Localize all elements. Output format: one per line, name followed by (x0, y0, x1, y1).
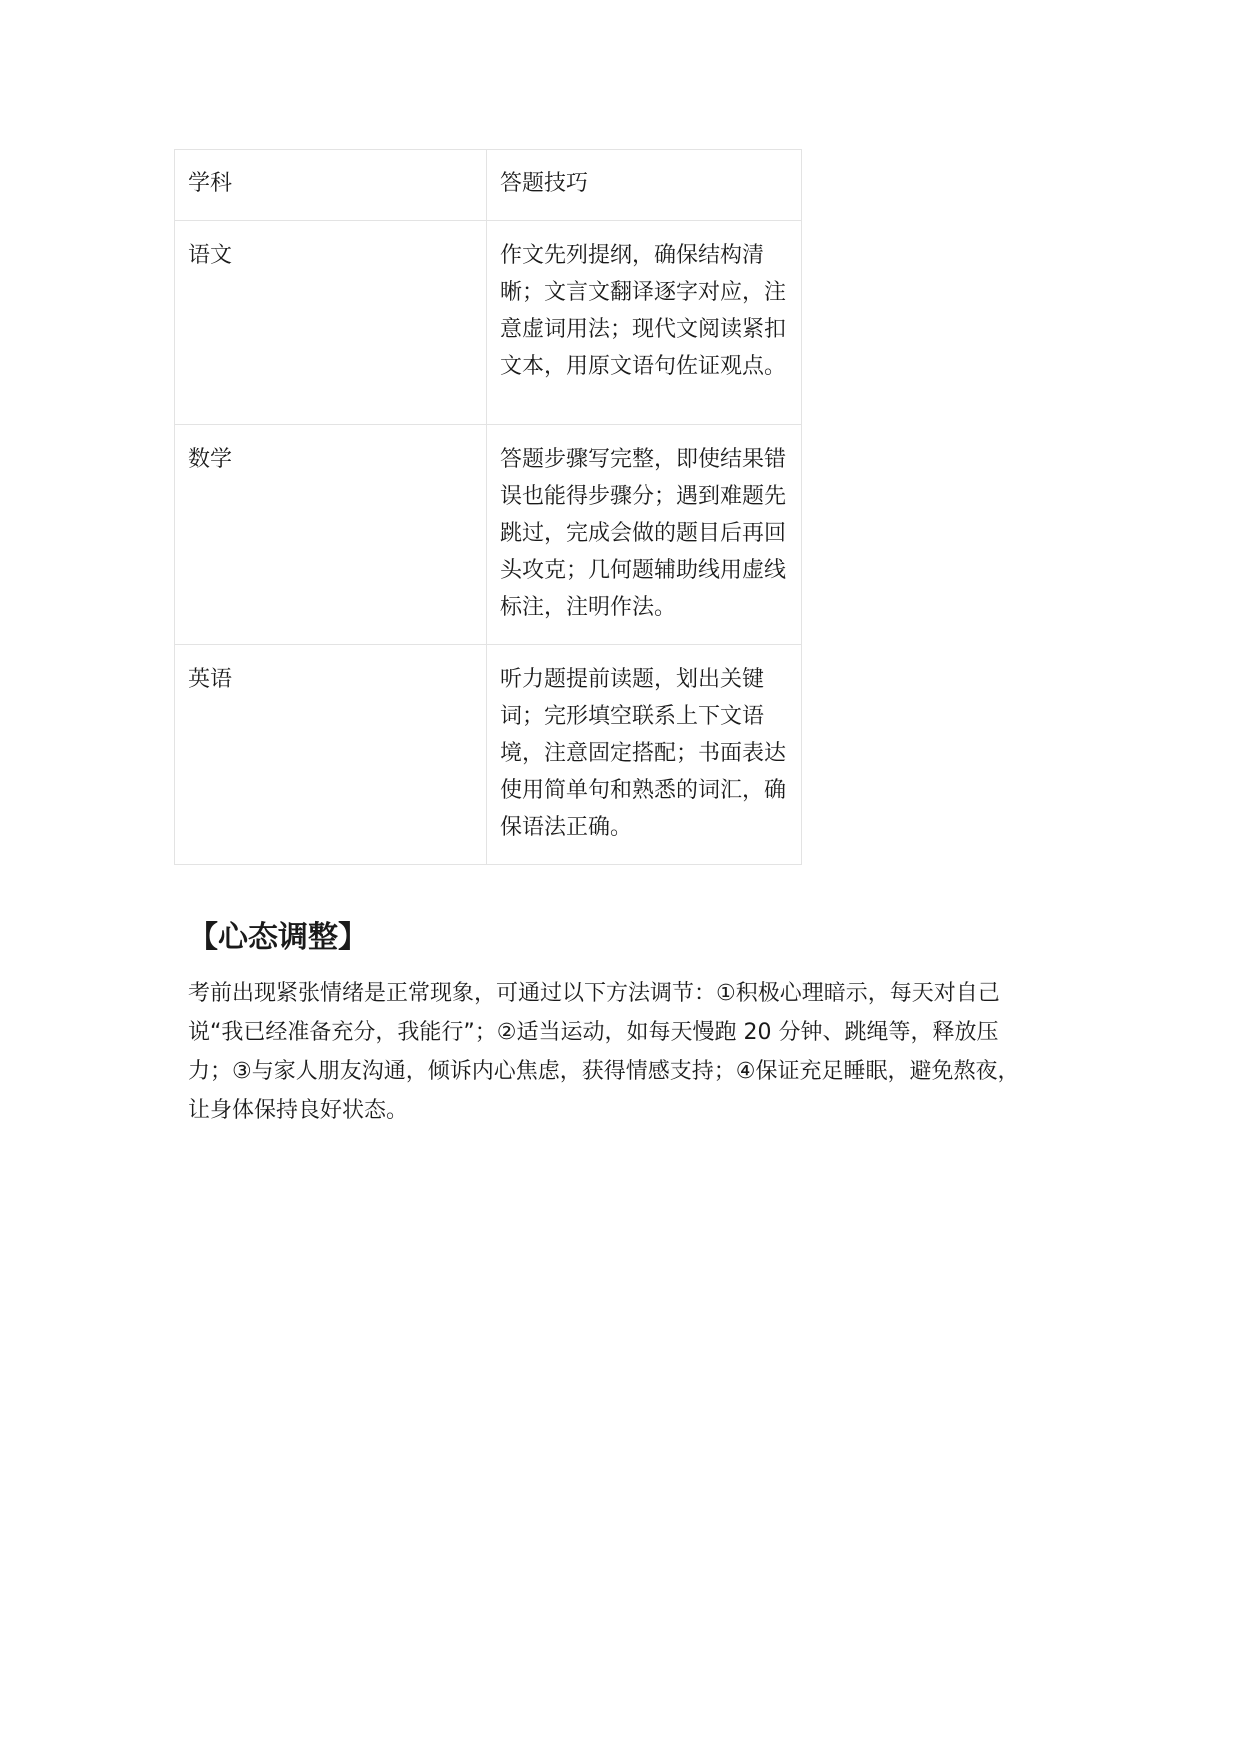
header-tips: 答题技巧 (487, 150, 802, 221)
cell-subject: 语文 (175, 221, 487, 425)
section-body: 考前出现紧张情绪是正常现象，可通过以下方法调节：①积极心理暗示，每天对自己说“我… (188, 974, 1038, 1130)
table-row: 英语 听力题提前读题，划出关键词；完形填空联系上下文语境，注意固定搭配；书面表达… (175, 645, 802, 865)
cell-tips: 作文先列提纲，确保结构清晰；文言文翻译逐字对应，注意虚词用法；现代文阅读紧扣文本… (487, 221, 802, 425)
section-title: 【心态调整】 (188, 912, 368, 956)
cell-tips: 听力题提前读题，划出关键词；完形填空联系上下文语境，注意固定搭配；书面表达使用简… (487, 645, 802, 865)
table-header-row: 学科 答题技巧 (175, 150, 802, 221)
table-row: 数学 答题步骤写完整，即使结果错误也能得步骤分；遇到难题先跳过，完成会做的题目后… (175, 425, 802, 645)
cell-subject: 英语 (175, 645, 487, 865)
cell-subject: 数学 (175, 425, 487, 645)
cell-tips: 答题步骤写完整，即使结果错误也能得步骤分；遇到难题先跳过，完成会做的题目后再回头… (487, 425, 802, 645)
table-row: 语文 作文先列提纲，确保结构清晰；文言文翻译逐字对应，注意虚词用法；现代文阅读紧… (175, 221, 802, 425)
header-subject: 学科 (175, 150, 487, 221)
exam-tips-table: 学科 答题技巧 语文 作文先列提纲，确保结构清晰；文言文翻译逐字对应，注意虚词用… (174, 149, 802, 865)
